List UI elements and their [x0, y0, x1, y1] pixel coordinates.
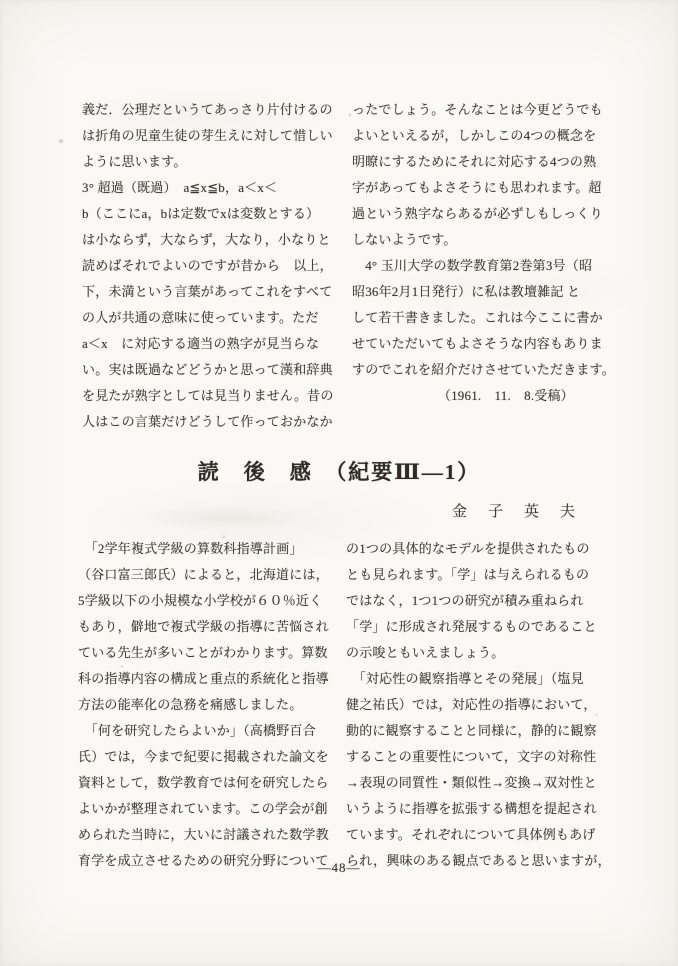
- text-line: いうように指導を拡張する構想を提起され: [346, 796, 608, 822]
- text-line: を見たが熟字としては見当りません。昔の: [82, 383, 334, 409]
- text-line: ではなく，1つ1つの研究が積み重ねられ: [346, 588, 608, 614]
- text-line: よいといえるが，しかしこの4つの概念を: [352, 123, 610, 149]
- text-line: められた当時に，大いに討議された数学教: [78, 822, 332, 848]
- text-line: の示唆ともいえましょう。: [346, 640, 608, 666]
- text-line: ように思います。: [82, 149, 334, 175]
- text-line: い。実は既過などどうかと思って漢和辞典: [82, 357, 334, 383]
- text-line: 資料として，数学教育では何を研究したら: [78, 770, 332, 796]
- top-article-continuation: 義だ．公理だというてあっさり片付けるのは折角の児童生徒の芽生えに対して惜しいよう…: [82, 97, 610, 435]
- text-line: （谷口富三郎氏）によると，北海道には，: [78, 562, 332, 588]
- author-name: 金 子 英 夫: [452, 500, 578, 521]
- text-line: 「対応性の観察指導とその発展」（塩見: [346, 666, 608, 692]
- text-line: することの重要性について，文字の対称性: [346, 744, 608, 770]
- text-line: b（ここにa，bは定数でxは変数とする）: [82, 201, 334, 227]
- text-line: →表現の同質性・類似性→変換→双対性と: [346, 770, 608, 796]
- text-line: （1961. 11. 8.受稿）: [352, 383, 610, 409]
- top-right-column: ったでしょう。そんなことは今更どうでもよいといえるが，しかしこの4つの概念を明瞭…: [352, 97, 610, 435]
- text-line: の人が共通の意味に使っています。ただ: [82, 305, 334, 331]
- text-line: よいかが整理されています。この学会が創: [78, 796, 332, 822]
- scanned-journal-page: 義だ．公理だというてあっさり片付けるのは折角の児童生徒の芽生えに対して惜しいよう…: [0, 0, 678, 966]
- text-line: すのでこれを紹介だけさせていただきます。: [352, 357, 610, 383]
- text-line: 動的に観察することと同様に，静的に観察: [346, 718, 608, 744]
- text-line: 科の指導内容の構成と重点的系統化と指導: [78, 666, 332, 692]
- text-line: 人はこの言葉だけどうして作っておかなか: [82, 409, 334, 435]
- text-line: 字があってもよさそうにも思われます。超: [352, 175, 610, 201]
- text-line: の1つの具体的なモデルを提供されたもの: [346, 536, 608, 562]
- text-line: 3° 超過（既過） a≦x≦b，a＜x＜: [82, 175, 334, 201]
- bottom-right-column: の1つの具体的なモデルを提供されたものとも見られます。「学」は与えられるものでは…: [346, 536, 608, 874]
- page-number: —48—: [0, 860, 678, 876]
- text-line: して若干書きました。これは今ここに書か: [352, 305, 610, 331]
- text-line: 氏）では，今まで紀要に掲載された論文を: [78, 744, 332, 770]
- text-line: 健之祐氏）では，対応性の指導において，: [346, 692, 608, 718]
- top-left-column: 義だ．公理だというてあっさり片付けるのは折角の児童生徒の芽生えに対して惜しいよう…: [82, 97, 334, 435]
- article-body: 「2学年複式学級の算数科指導計画」（谷口富三郎氏）によると，北海道には，5学級以…: [78, 536, 608, 874]
- text-line: 過という熟字ならあるが必ずしもしっくり: [352, 201, 610, 227]
- bottom-left-column: 「2学年複式学級の算数科指導計画」（谷口富三郎氏）によると，北海道には，5学級以…: [78, 536, 332, 874]
- text-line: 「2学年複式学級の算数科指導計画」: [78, 536, 332, 562]
- text-line: 「何を研究したらよいか」（高橋野百合: [78, 718, 332, 744]
- text-line: a＜x に対応する適当の熟字が見当らな: [82, 331, 334, 357]
- article-title: 読 後 感 （紀要Ⅲ—1）: [0, 456, 678, 486]
- text-line: 4° 玉川大学の数学教育第2巻第3号（昭: [352, 253, 610, 279]
- text-line: 明瞭にするためにそれに対応する4つの熟: [352, 149, 610, 175]
- text-line: 5学級以下の小規模な小学校が６０％近く: [78, 588, 332, 614]
- text-line: 「学」に形成され発展するものであること: [346, 614, 608, 640]
- text-line: 昭36年2月1日発行）に私は教壇雑記 と: [352, 279, 610, 305]
- text-line: もあり，僻地で複式学級の指導に苦悩され: [78, 614, 332, 640]
- text-line: は小ならず，大ならず，大なり，小なりと: [82, 227, 334, 253]
- text-line: 方法の能率化の急務を痛感しました。: [78, 692, 332, 718]
- text-line: 義だ．公理だというてあっさり片付けるの: [82, 97, 334, 123]
- text-line: は折角の児童生徒の芽生えに対して惜しい: [82, 123, 334, 149]
- text-line: 読めばそれでよいのですが昔から 以上，: [82, 253, 334, 279]
- text-line: ている先生が多いことがわかります。算数: [78, 640, 332, 666]
- text-line: 下，未満という言葉があってこれをすべて: [82, 279, 334, 305]
- text-line: とも見られます。「学」は与えられるもの: [346, 562, 608, 588]
- text-line: ています。それぞれについて具体例もあげ: [346, 822, 608, 848]
- text-line: しないようです。: [352, 227, 610, 253]
- text-line: ったでしょう。そんなことは今更どうでも: [352, 97, 610, 123]
- text-line: せていただいてもよさそうな内容もありま: [352, 331, 610, 357]
